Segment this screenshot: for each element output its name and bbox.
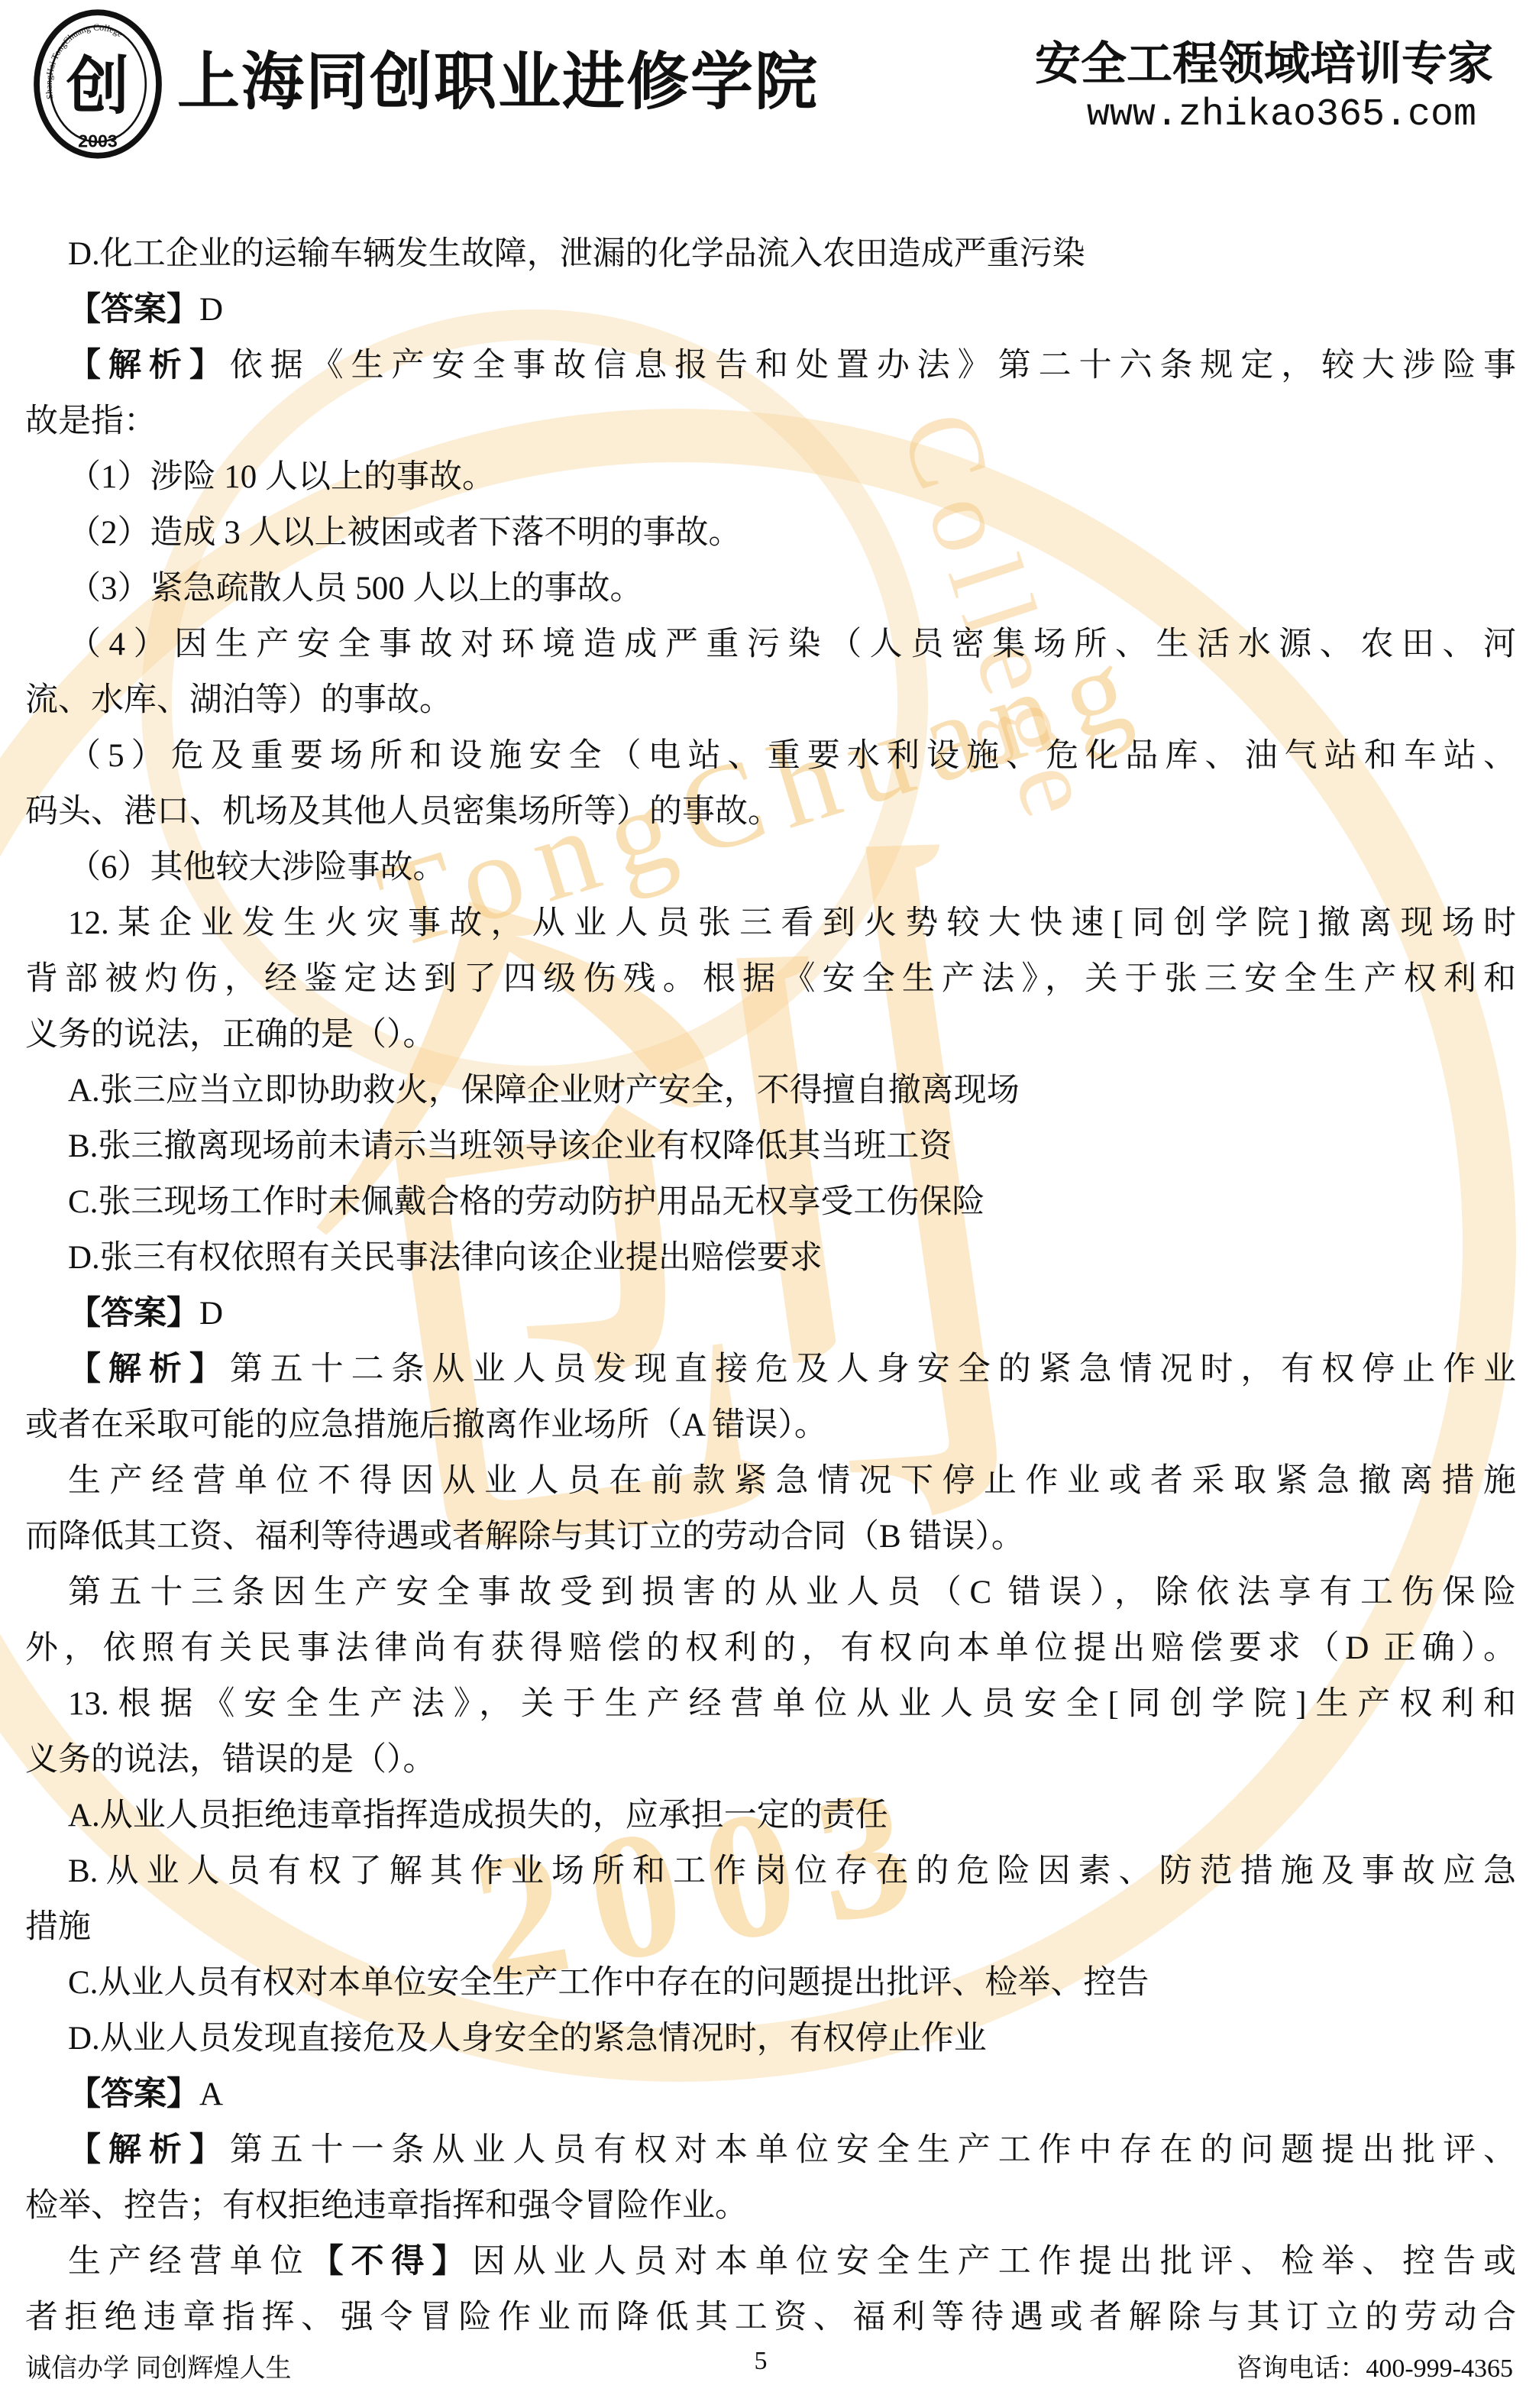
text-line: D.从业人员发现直接危及人身安全的紧急情况时，有权停止作业: [25, 2011, 1516, 2067]
header-tagline: 安全工程领域培训专家: [1035, 28, 1493, 93]
text-line: C.张三现场工作时未佩戴合格的劳动防护用品无权享受工伤保险: [25, 1174, 1516, 1230]
page-number: 5: [755, 2347, 768, 2376]
text-line: 义务的说法，正确的是（）。: [25, 1007, 1516, 1063]
text-line: （3）紧急疏散人员 500 人以上的事故。: [25, 561, 1516, 617]
text-line: 第五十三条因生产安全事故受到损害的从业人员（C 错误），除依法享有工伤保险: [25, 1565, 1516, 1620]
text-line: 背部被灼伤，经鉴定达到了四级伤残。根据《安全生产法》，关于张三安全生产权利和: [25, 951, 1516, 1007]
text-line: 者拒绝违章指挥、强令冒险作业而降低其工资、福利等待遇或者解除与其订立的劳动合: [25, 2290, 1516, 2345]
text-line: 【解析】依据《生产安全事故信息报告和处置办法》第二十六条规定，较大涉险事: [25, 338, 1516, 393]
logo-year: 2003: [78, 131, 118, 151]
text-line: （1）涉险 10 人以上的事故。: [25, 449, 1516, 505]
header-website: www.zhikao365.com: [1087, 93, 1476, 137]
document-page: TongChuang College 创 2003 ShangHai TongC…: [0, 0, 1539, 2408]
text-line: （4）因生产安全事故对环境造成严重污染（人员密集场所、生活水源、农田、河: [25, 617, 1516, 672]
text-line: 生产经营单位【不得】因从业人员对本单位安全生产工作提出批评、检举、控告或: [25, 2234, 1516, 2290]
text-line: 义务的说法，错误的是（）。: [25, 1732, 1516, 1788]
page-header: ShangHai TongChuang College 创 2003 上海同创职…: [0, 0, 1539, 183]
text-line: 【解析】第五十一条从业人员有权对本单位安全生产工作中存在的问题提出批评、: [25, 2122, 1516, 2178]
text-line: D.化工企业的运输车辆发生故障，泄漏的化学品流入农田造成严重污染: [25, 226, 1516, 282]
text-line: 【解析】第五十二条从业人员发现直接危及人身安全的紧急情况时，有权停止作业: [25, 1342, 1516, 1397]
college-name: 上海同创职业进修学院: [177, 32, 819, 121]
text-line: C.从业人员有权对本单位安全生产工作中存在的问题提出批评、检举、控告: [25, 1955, 1516, 2011]
footer-phone: 咨询电话：400-999-4365: [1236, 2347, 1513, 2384]
body-lines: D.化工企业的运输车辆发生故障，泄漏的化学品流入农田造成严重污染【答案】D【解析…: [25, 226, 1516, 2345]
text-line: （2）造成 3 人以上被困或者下落不明的事故。: [25, 505, 1516, 561]
text-line: B.张三撤离现场前未请示当班领导该企业有权降低其当班工资: [25, 1118, 1516, 1174]
text-line: （5）危及重要场所和设施安全（电站、重要水利设施、危化品库、油气站和车站、: [25, 728, 1516, 784]
page-footer: 诚信办学 同创辉煌人生 5 咨询电话：400-999-4365: [25, 2347, 1513, 2384]
text-line: 外，依照有关民事法律尚有获得赔偿的权利的，有权向本单位提出赔偿要求（D 正确）。: [25, 1620, 1516, 1676]
text-line: B.从业人员有权了解其作业场所和工作岗位存在的危险因素、防范措施及事故应急: [25, 1843, 1516, 1899]
text-line: 检举、控告；有权拒绝违章指挥和强令冒险作业。: [25, 2178, 1516, 2234]
text-line: 或者在采取可能的应急措施后撤离作业场所（A 错误）。: [25, 1397, 1516, 1453]
text-line: 12.某企业发生火灾事故，从业人员张三看到火势较大快速[同创学院]撤离现场时: [25, 895, 1516, 951]
footer-slogan: 诚信办学 同创辉煌人生: [25, 2347, 292, 2384]
text-line: 码头、港口、机场及其他人员密集场所等）的事故。: [25, 784, 1516, 840]
text-line: 生产经营单位不得因从业人员在前款紧急情况下停止作业或者采取紧急撤离措施: [25, 1453, 1516, 1509]
text-line: D.张三有权依照有关民事法律向该企业提出赔偿要求: [25, 1230, 1516, 1286]
text-line: 【答案】A: [25, 2067, 1516, 2122]
text-line: 【答案】D: [25, 282, 1516, 338]
text-line: A.张三应当立即协助救火，保障企业财产安全，不得擅自撤离现场: [25, 1063, 1516, 1118]
text-line: 故是指：: [25, 393, 1516, 449]
text-line: 流、水库、湖泊等）的事故。: [25, 672, 1516, 728]
text-line: 措施: [25, 1899, 1516, 1955]
logo-glyph: 创: [66, 51, 130, 121]
text-line: 【答案】D: [25, 1286, 1516, 1342]
college-logo-icon: ShangHai TongChuang College 创 2003: [32, 6, 163, 162]
text-line: 而降低其工资、福利等待遇或者解除与其订立的劳动合同（B 错误）。: [25, 1509, 1516, 1565]
text-line: 13.根据《安全生产法》，关于生产经营单位从业人员安全[同创学院]生产权利和: [25, 1676, 1516, 1732]
text-line: A.从业人员拒绝违章指挥造成损失的，应承担一定的责任: [25, 1788, 1516, 1843]
text-line: （6）其他较大涉险事故。: [25, 840, 1516, 895]
